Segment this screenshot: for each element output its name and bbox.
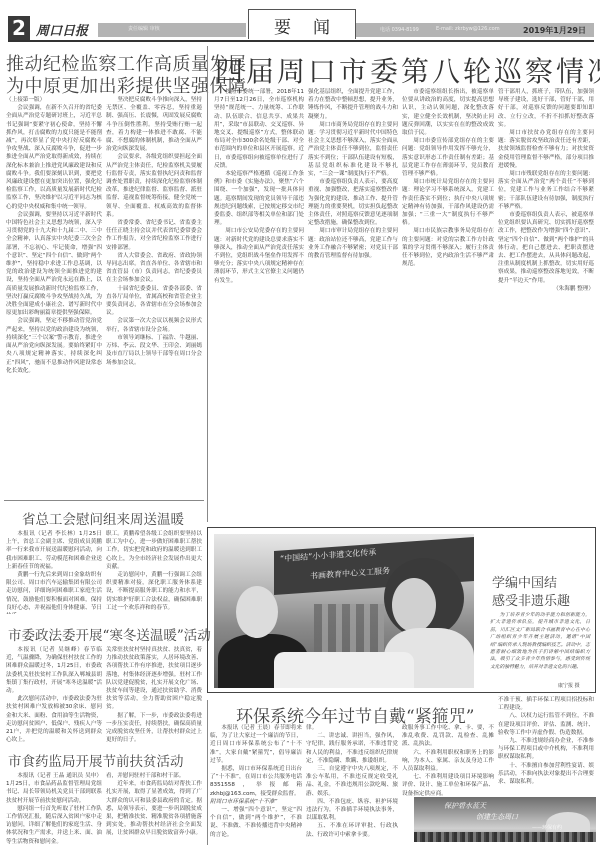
- editor-credit: 责任编辑 审核: [128, 25, 160, 32]
- page-number: 2: [8, 16, 30, 40]
- politics-law-headline[interactable]: 市委政法委开展“寒冬送温暖”活动: [8, 624, 211, 644]
- news-photo[interactable]: “中国结”小小非遗文化传承 书画教育中心义工服务: [214, 534, 474, 688]
- environment-column-4: 不准干预、插手环保工程项目招投标和工程建设。 八、以权力运行监管不到位，不准在建…: [498, 696, 594, 796]
- union-column-2: 职工。黄鹏希望各级工会组织要坚持以职工为中心，进一步做好困难职工帮扶工作，切实把…: [106, 530, 202, 614]
- union-column-1: 本报讯（记者 李长林）1月25日上午，省总工会副主席、党组成员黄鹏率一行来我市开…: [6, 530, 102, 614]
- byline: （朱海鹏 整理）: [498, 285, 594, 293]
- photo-caption: 为丁培养青少年的动手能力和创新能力，扩大非遗传承队伍，提升城市非遗文化，日前，川…: [490, 612, 590, 671]
- section-divider: [4, 500, 204, 501]
- environment-column-3: 政服务事工作中吃、拿、卡、要，不准乱收费、乱罚款、乱检查、乱摊派、乱执法。 六、…: [402, 724, 494, 796]
- header-bar-right: 电话 0394-8199 E-mail: zkrbyw@126.com 2019…: [356, 23, 594, 37]
- banner-slogan-line1: 保护碧水蓝天: [444, 801, 486, 811]
- photo-credit: 康宁报 摄: [558, 682, 580, 689]
- discipline-column-1: （上接第一版） 会议强调，在新不久召开的省纪委全面从严治党专题研讨班上，习近平总…: [6, 96, 102, 496]
- header-bar-left: 责任编辑 审核: [98, 23, 246, 37]
- inspection-column-2: 强化基层组织，全面提升党建工作，着力在整改中整顿思想，提升业务，锤炼作风，不断提…: [308, 88, 398, 516]
- inspection-column-1: 按照市委统一部署，2018年11月7日至12月26日，全市巡察机构坚持“规范统一…: [214, 88, 304, 516]
- masthead-divider: [8, 40, 594, 42]
- banner-signature: ——环保有约: [532, 824, 562, 831]
- discipline-headline-line2[interactable]: 为中原更加出彩提供坚强保障: [6, 72, 247, 98]
- photo-feature-box: “中国结”小小非遗文化传承 书画教育中心义工服务 学编中国结 感受非遗乐趣 为丁…: [207, 527, 596, 693]
- column-divider: [207, 46, 208, 522]
- inspection-column-4: 管干部用人，抓班子，带队伍，加强领导班子建设，选好干部，管好干部，用好干部，对巡…: [498, 88, 594, 516]
- photo-title-line1: 学编中国结: [492, 572, 557, 591]
- environment-column-1: 本报讯（记者 王晨）春节即将来临，为了让大家过一个廉洁的节日，近日周口市环保系统…: [210, 724, 302, 844]
- food-drug-headline[interactable]: 市食药监局开展节前扶贫活动: [8, 750, 184, 770]
- inspection-column-3: 市委巡察组组长指出，被巡察单位要从讲政治的高度，切实提高思想认识，主动认领问题，…: [402, 88, 494, 516]
- section-tab: 要闻: [248, 9, 356, 39]
- person-right-face: [392, 578, 436, 632]
- person-left-face: [236, 586, 278, 638]
- politics-law-column-1: 本报讯（记者 吴继峰）春节临近，气温骤降，为确保驻村扶贫工作的困难群众温暖过冬，…: [6, 646, 102, 742]
- politics-law-column-2: 关常驻扶贫村坚持真扶贫、扶真贫，着力推动扶贫政策落实，人居环境改善、各项帮扶工作…: [106, 646, 202, 742]
- issue-date: 2019年1月29日: [523, 25, 586, 36]
- union-headline[interactable]: 省总工会慰问组来周送温暖: [22, 508, 184, 528]
- city-skyline-graphic: [414, 832, 596, 842]
- email-link[interactable]: E-mail: zkrbyw@126.com: [436, 26, 500, 32]
- food-drug-column-1: 本报讯（记者 王晶 通讯员 吴申）1月25日，市食品药品监督管理局党组书记、局长…: [6, 772, 102, 844]
- photo-title-line2: 感受非遗乐趣: [492, 590, 570, 609]
- section-title: 要闻: [249, 13, 355, 38]
- masthead: 2 周口日报 责任编辑 审核 要闻 电话 0394-8199 E-mail: z…: [8, 6, 594, 40]
- discipline-column-2: 坚决把反腐败斗争推向深入，坚持无禁区、全覆盖、零容忍，坚持重遏制、强高压、长震慑…: [106, 96, 202, 496]
- craft-table: [274, 652, 414, 688]
- environment-banner-ad[interactable]: 保护碧水蓝天 创建生态周口 ——环保有约: [414, 797, 596, 842]
- food-drug-column-2: 看，并慰问驻村干部和村干部。 近年来，市食药监局结对帮扶工作扎实开展，取得了显著…: [106, 772, 202, 844]
- environment-column-2: 律。 二、讲忠诚、讲担当，强作风，守纪律，践行服务承诺，不准违背党和人民的利益，…: [306, 724, 398, 844]
- crowd: [314, 604, 384, 654]
- column-divider: [207, 700, 208, 845]
- paper-name-logo: 周口日报: [36, 20, 88, 39]
- inspection-headline[interactable]: 四届周口市委第八轮巡察情况反馈: [215, 50, 600, 90]
- editor-info: 电话 0394-8199: [380, 26, 419, 33]
- banner-slogan-line2: 创建生态周口: [476, 812, 518, 822]
